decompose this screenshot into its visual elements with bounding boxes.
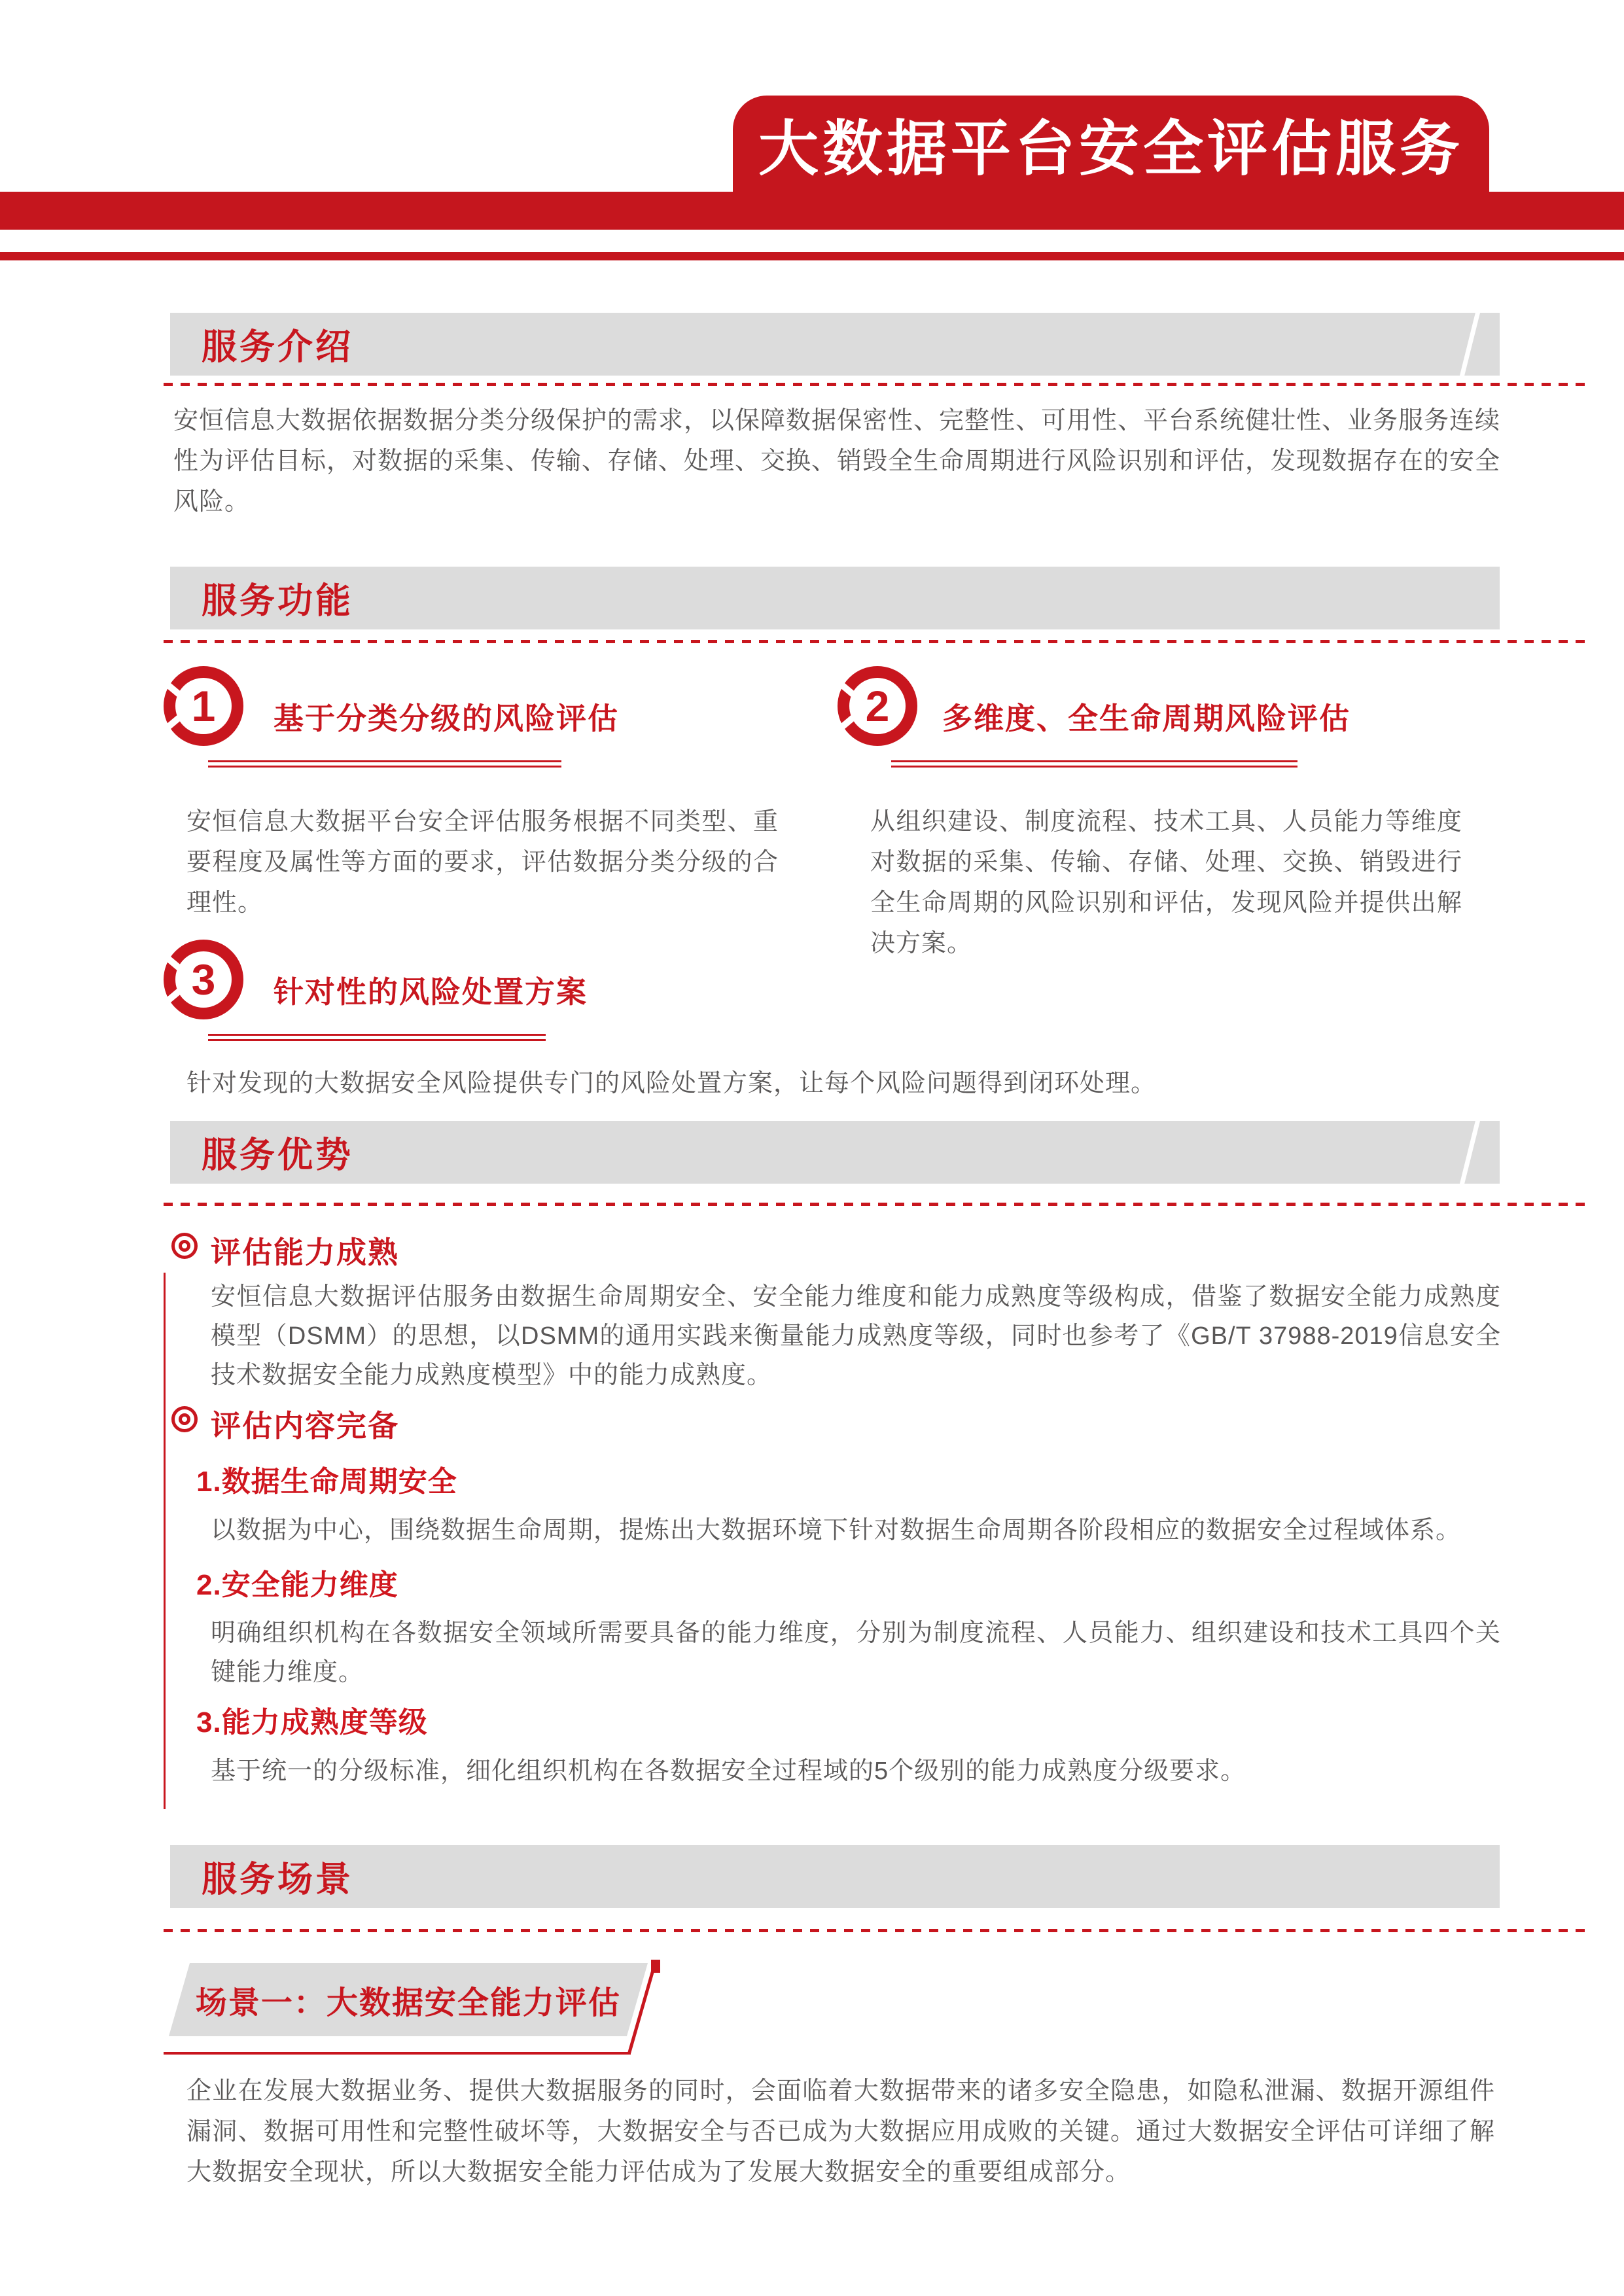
header-band-thin [0, 252, 1624, 260]
subitem-1-body: 以数据为中心，围绕数据生命周期，提炼出大数据环境下针对数据生命周期各阶段相应的数… [211, 1510, 1519, 1551]
subitem-2-body: 明确组织机构在各数据安全领域所需要具备的能力维度，分别为制度流程、人员能力、组织… [211, 1614, 1501, 1692]
section-bar-advantages: 服务优势 [170, 1121, 1500, 1184]
section-bar-intro: 服务介绍 [170, 313, 1500, 376]
subitem-3-heading: 3.能力成熟度等级 [196, 1699, 428, 1740]
function-2-number: 2 [866, 684, 890, 728]
section-title-functions: 服务功能 [202, 573, 353, 624]
dashed-divider-functions [164, 640, 1587, 643]
function-2-body: 从组织建设、制度流程、技术工具、人员能力等维度对数据的采集、传输、存储、处理、交… [870, 802, 1462, 964]
page-title: 大数据平台安全评估服务 [758, 101, 1464, 187]
header-band-wide [0, 192, 1624, 230]
function-3-label: 针对性的风险处置方案 [274, 968, 588, 1012]
function-1-body: 安恒信息大数据平台安全评估服务根据不同类型、重要程度及属性等方面的要求，评估数据… [186, 802, 779, 923]
dashed-divider-advantages [164, 1203, 1587, 1206]
function-1-number: 1 [192, 684, 216, 728]
scenario-tag-underline [164, 2052, 631, 2055]
document-page: 大数据平台安全评估服务 服务介绍 安恒信息大数据依据数据分类分级保护的需求，以保… [0, 0, 1624, 2296]
function-2-underline [891, 760, 1297, 768]
page-title-banner: 大数据平台安全评估服务 [733, 96, 1489, 192]
function-1-badge: 1 [164, 666, 243, 746]
scenario-tag-nub [651, 1960, 660, 1973]
subitem-3-body: 基于统一的分级标准，细化组织机构在各数据安全过程域的5个级别的能力成熟度分级要求… [211, 1751, 1519, 1792]
function-1-underline [208, 760, 561, 768]
section-bar-scenarios: 服务场景 [170, 1845, 1500, 1908]
advantage-1-label: 评估能力成熟 [211, 1229, 399, 1272]
dashed-divider-intro [164, 383, 1587, 386]
section-bar-functions: 服务功能 [170, 567, 1500, 629]
intro-paragraph: 安恒信息大数据依据数据分类分级保护的需求，以保障数据保密性、完整性、可用性、平台… [173, 400, 1500, 522]
scenario-tag: 场景一：大数据安全能力评估 [169, 1963, 648, 2036]
function-1-label: 基于分类分级的风险评估 [274, 695, 619, 738]
scenario-paragraph: 企业在发展大数据业务、提供大数据服务的同时，会面临着大数据带来的诸多安全隐患，如… [186, 2071, 1495, 2193]
section-title-advantages: 服务优势 [202, 1127, 353, 1178]
function-3-body: 针对发现的大数据安全风险提供专门的风险处置方案，让每个风险问题得到闭环处理。 [186, 1063, 1495, 1104]
function-3-number: 3 [192, 958, 216, 1001]
bullseye-icon [171, 1233, 198, 1259]
section-title-intro: 服务介绍 [202, 319, 353, 370]
bullseye-icon [171, 1406, 198, 1432]
advantage-2-label: 评估内容完备 [211, 1402, 399, 1445]
advantage-vertical-rule [164, 1273, 166, 1809]
advantage-1-body: 安恒信息大数据评估服务由数据生命周期安全、安全能力维度和能力成熟度等级构成，借鉴… [211, 1277, 1501, 1395]
subitem-1-heading: 1.数据生命周期安全 [196, 1458, 457, 1500]
dashed-divider-scenarios [164, 1929, 1587, 1932]
function-3-badge: 3 [164, 940, 243, 1019]
section-title-scenarios: 服务场景 [202, 1852, 353, 1902]
scenario-tag-label: 场景一：大数据安全能力评估 [196, 1977, 621, 2022]
function-3-underline [208, 1034, 546, 1041]
function-2-badge: 2 [838, 666, 917, 746]
function-2-label: 多维度、全生命周期风险评估 [942, 695, 1350, 738]
subitem-2-heading: 2.安全能力维度 [196, 1561, 398, 1603]
